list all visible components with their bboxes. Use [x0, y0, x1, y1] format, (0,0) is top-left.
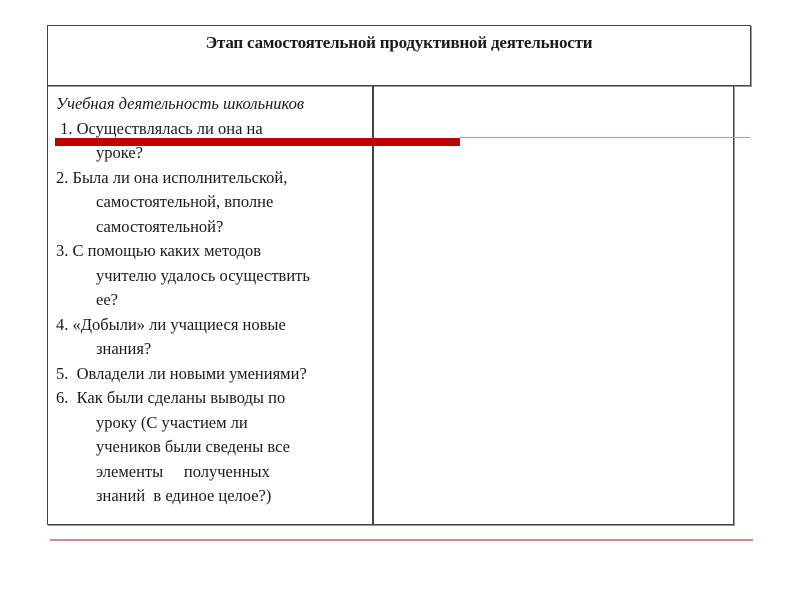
- stage-header: Этап самостоятельной продуктивной деятел…: [47, 25, 751, 86]
- accent-line: [460, 137, 750, 138]
- footer-rule: [50, 539, 753, 541]
- evaluation-table: Учебная деятельность школьников 1. Осуще…: [47, 86, 734, 525]
- question-continuation: уроку (С участием ли: [56, 411, 368, 436]
- question-continuation: знания?: [56, 337, 368, 362]
- question-text: 5. Овладели ли новыми умениями?: [56, 364, 307, 383]
- question-text: 1. Осуществлялась ли она на: [56, 119, 263, 138]
- questions-cell: Учебная деятельность школьников 1. Осуще…: [56, 92, 368, 509]
- question-item: 4. «Добыли» ли учащиеся новыезнания?: [56, 313, 368, 362]
- question-text: 3. С помощью каких методов: [56, 241, 261, 260]
- question-text: 6. Как были сделаны выводы по: [56, 388, 285, 407]
- column-divider: [372, 86, 374, 524]
- question-continuation: учеников были сведены все: [56, 435, 368, 460]
- question-continuation: самостоятельной?: [56, 215, 368, 240]
- question-item: 3. С помощью каких методовучителю удалос…: [56, 239, 368, 313]
- accent-bar: [55, 138, 460, 146]
- question-text: 4. «Добыли» ли учащиеся новые: [56, 315, 286, 334]
- question-item: 2. Была ли она исполнительской,самостоят…: [56, 166, 368, 240]
- questions-list: 1. Осуществлялась ли она науроке?2. Была…: [56, 117, 368, 509]
- question-continuation: элементы полученных: [56, 460, 368, 485]
- question-text: 2. Была ли она исполнительской,: [56, 168, 287, 187]
- cell-subtitle: Учебная деятельность школьников: [56, 92, 368, 117]
- question-item: 5. Овладели ли новыми умениями?: [56, 362, 368, 387]
- question-item: 6. Как были сделаны выводы поуроку (С уч…: [56, 386, 368, 509]
- question-continuation: самостоятельной, вполне: [56, 190, 368, 215]
- question-continuation: учителю удалось осуществить: [56, 264, 368, 289]
- question-continuation: ее?: [56, 288, 368, 313]
- stage-title: Этап самостоятельной продуктивной деятел…: [48, 33, 750, 53]
- question-continuation: знаний в единое целое?): [56, 484, 368, 509]
